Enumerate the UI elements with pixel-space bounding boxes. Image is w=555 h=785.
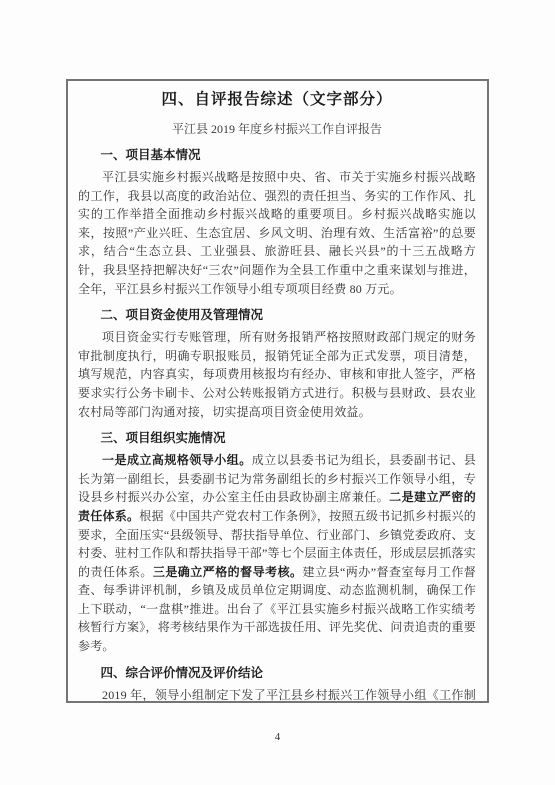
section-paragraph-basic-info: 平江县实施乡村振兴战略是按照中央、省、市关于实施乡村振兴战略的工作，我县以高度的… [78,168,476,298]
section-paragraph-organization: 一是成立高规格领导小组。成立以县委书记为组长，县委副书记、县长为第一副组长，县委… [78,451,476,656]
section-paragraph-funds-management: 项目资金实行专账管理，所有财务报销严格按照财政部门规定的财务审批制度执行，明确专… [78,328,476,421]
section-heading-evaluation-conclusion: 四、综合评价情况及评价结论 [78,664,476,682]
paragraph-bold-run-3: 三是确立严格的督导考核。 [153,565,303,579]
section-heading-funds-management: 二、项目资金使用及管理情况 [78,306,476,324]
paragraph-bold-run-1: 一是成立高规格领导小组。 [102,453,252,467]
section-heading-basic-info: 一、项目基本情况 [78,146,476,164]
page-number: 4 [0,730,555,744]
document-border-frame: 四、自评报告综述（文字部分） 平江县 2019 年度乡村振兴工作自评报告 一、项… [66,79,489,703]
section-paragraph-evaluation-conclusion: 2019 年，领导小组制定下发了平江县乡村振兴工作领导小组《工作制度》《联席会议… [78,686,476,703]
section-heading-organization: 三、项目组织实施情况 [78,429,476,447]
report-main-title: 四、自评报告综述（文字部分） [78,89,476,111]
document-page: 四、自评报告综述（文字部分） 平江县 2019 年度乡村振兴工作自评报告 一、项… [0,0,555,785]
report-subtitle: 平江县 2019 年度乡村振兴工作自评报告 [78,121,476,138]
